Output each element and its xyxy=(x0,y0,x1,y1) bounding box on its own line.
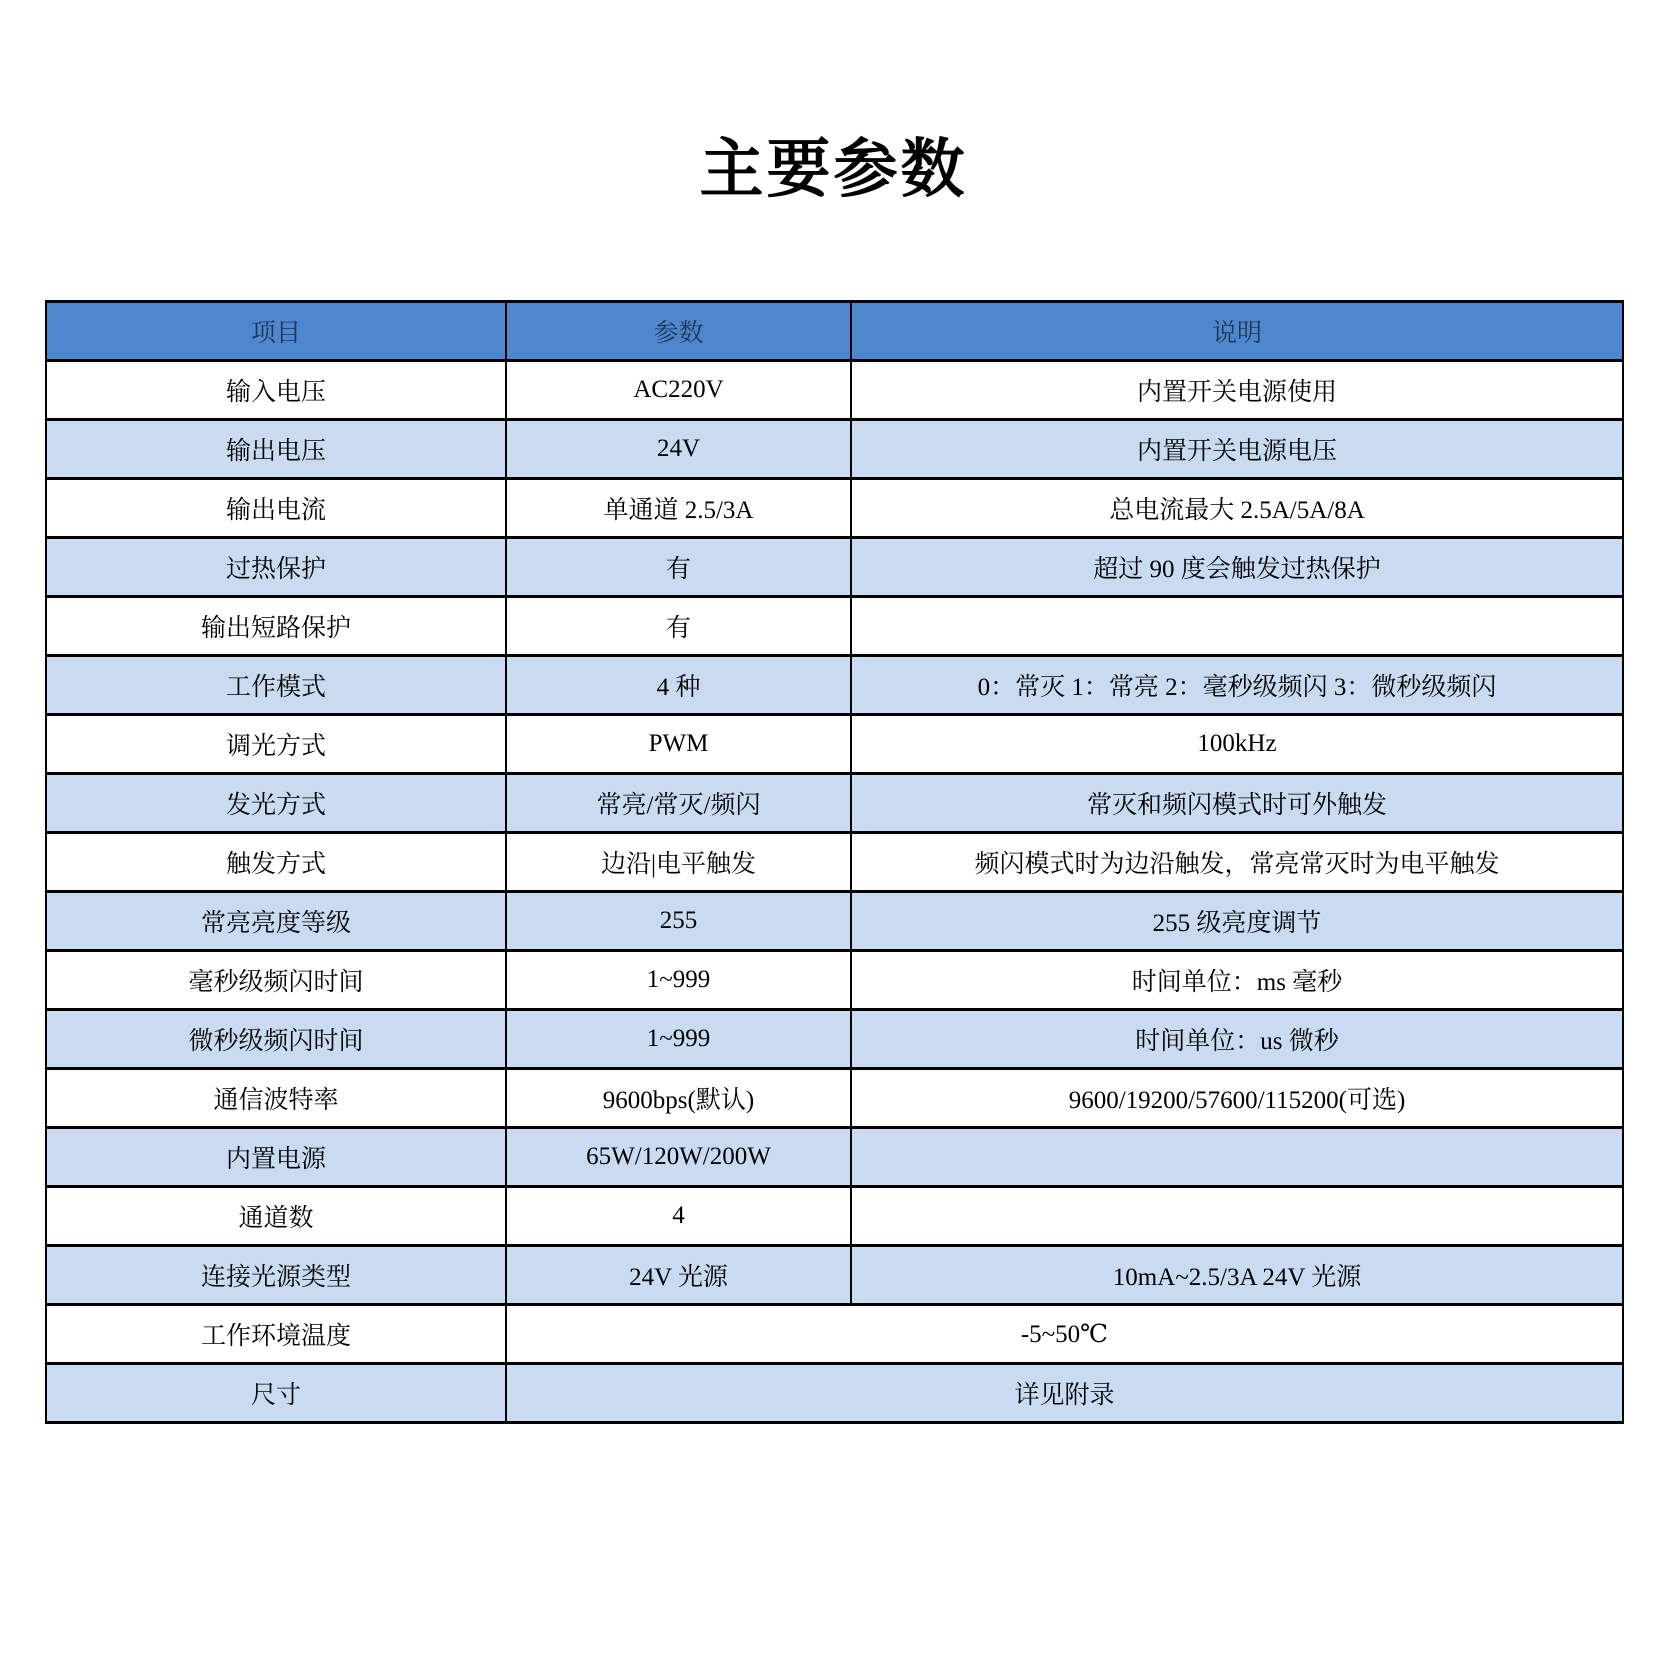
cell-merged-value: -5~50℃ xyxy=(506,1305,1623,1364)
cell-item: 常亮亮度等级 xyxy=(46,892,506,951)
cell-desc xyxy=(851,1128,1623,1187)
cell-desc: 总电流最大 2.5A/5A/8A xyxy=(851,479,1623,538)
cell-param: 255 xyxy=(506,892,851,951)
table-row: 输入电压AC220V内置开关电源使用 xyxy=(46,361,1623,420)
cell-item: 输出电压 xyxy=(46,420,506,479)
cell-desc: 9600/19200/57600/115200(可选) xyxy=(851,1069,1623,1128)
cell-desc: 100kHz xyxy=(851,715,1623,774)
table-row: 输出电流单通道 2.5/3A总电流最大 2.5A/5A/8A xyxy=(46,479,1623,538)
cell-desc: 时间单位：us 微秒 xyxy=(851,1010,1623,1069)
cell-item: 输入电压 xyxy=(46,361,506,420)
cell-param: PWM xyxy=(506,715,851,774)
cell-item: 发光方式 xyxy=(46,774,506,833)
cell-item: 输出电流 xyxy=(46,479,506,538)
cell-param: 24V 光源 xyxy=(506,1246,851,1305)
cell-param: 4 xyxy=(506,1187,851,1246)
cell-desc: 时间单位：ms 毫秒 xyxy=(851,951,1623,1010)
cell-item: 内置电源 xyxy=(46,1128,506,1187)
table-row: 工作模式4 种0：常灭 1：常亮 2：毫秒级频闪 3：微秒级频闪 xyxy=(46,656,1623,715)
table-row: 通信波特率9600bps(默认)9600/19200/57600/115200(… xyxy=(46,1069,1623,1128)
cell-item: 触发方式 xyxy=(46,833,506,892)
cell-desc: 0：常灭 1：常亮 2：毫秒级频闪 3：微秒级频闪 xyxy=(851,656,1623,715)
cell-merged-value: 详见附录 xyxy=(506,1364,1623,1423)
cell-param: 24V xyxy=(506,420,851,479)
table-row: 发光方式常亮/常灭/频闪常灭和频闪模式时可外触发 xyxy=(46,774,1623,833)
cell-param: 65W/120W/200W xyxy=(506,1128,851,1187)
table-row: 常亮亮度等级255255 级亮度调节 xyxy=(46,892,1623,951)
header-cell-desc: 说明 xyxy=(851,302,1623,361)
table-row: 毫秒级频闪时间1~999时间单位：ms 毫秒 xyxy=(46,951,1623,1010)
cell-param: 有 xyxy=(506,538,851,597)
table-row: 通道数4 xyxy=(46,1187,1623,1246)
cell-item: 工作模式 xyxy=(46,656,506,715)
cell-item: 毫秒级频闪时间 xyxy=(46,951,506,1010)
table-header-row: 项目 参数 说明 xyxy=(46,302,1623,361)
cell-param: AC220V xyxy=(506,361,851,420)
cell-item: 尺寸 xyxy=(46,1364,506,1423)
cell-item: 连接光源类型 xyxy=(46,1246,506,1305)
table-row: 工作环境温度-5~50℃ xyxy=(46,1305,1623,1364)
cell-desc: 255 级亮度调节 xyxy=(851,892,1623,951)
spec-table: 项目 参数 说明 输入电压AC220V内置开关电源使用输出电压24V内置开关电源… xyxy=(45,300,1624,1424)
cell-desc: 超过 90 度会触发过热保护 xyxy=(851,538,1623,597)
header-cell-param: 参数 xyxy=(506,302,851,361)
cell-param: 有 xyxy=(506,597,851,656)
table-row: 尺寸详见附录 xyxy=(46,1364,1623,1423)
page-title: 主要参数 xyxy=(0,118,1667,210)
table-row: 过热保护有超过 90 度会触发过热保护 xyxy=(46,538,1623,597)
table-row: 内置电源65W/120W/200W xyxy=(46,1128,1623,1187)
cell-param: 4 种 xyxy=(506,656,851,715)
cell-item: 工作环境温度 xyxy=(46,1305,506,1364)
cell-desc xyxy=(851,1187,1623,1246)
cell-item: 输出短路保护 xyxy=(46,597,506,656)
table-row: 调光方式PWM100kHz xyxy=(46,715,1623,774)
table-row: 微秒级频闪时间1~999时间单位：us 微秒 xyxy=(46,1010,1623,1069)
cell-item: 过热保护 xyxy=(46,538,506,597)
cell-item: 通信波特率 xyxy=(46,1069,506,1128)
cell-desc: 常灭和频闪模式时可外触发 xyxy=(851,774,1623,833)
cell-param: 常亮/常灭/频闪 xyxy=(506,774,851,833)
spec-table-body: 输入电压AC220V内置开关电源使用输出电压24V内置开关电源电压输出电流单通道… xyxy=(46,361,1623,1423)
table-row: 连接光源类型24V 光源10mA~2.5/3A 24V 光源 xyxy=(46,1246,1623,1305)
cell-param: 单通道 2.5/3A xyxy=(506,479,851,538)
cell-desc: 内置开关电源电压 xyxy=(851,420,1623,479)
cell-item: 通道数 xyxy=(46,1187,506,1246)
table-row: 输出短路保护有 xyxy=(46,597,1623,656)
cell-param: 9600bps(默认) xyxy=(506,1069,851,1128)
cell-desc: 10mA~2.5/3A 24V 光源 xyxy=(851,1246,1623,1305)
cell-param: 1~999 xyxy=(506,1010,851,1069)
cell-item: 微秒级频闪时间 xyxy=(46,1010,506,1069)
table-row: 输出电压24V内置开关电源电压 xyxy=(46,420,1623,479)
cell-desc: 频闪模式时为边沿触发，常亮常灭时为电平触发 xyxy=(851,833,1623,892)
cell-item: 调光方式 xyxy=(46,715,506,774)
cell-desc: 内置开关电源使用 xyxy=(851,361,1623,420)
table-row: 触发方式边沿|电平触发频闪模式时为边沿触发，常亮常灭时为电平触发 xyxy=(46,833,1623,892)
cell-param: 边沿|电平触发 xyxy=(506,833,851,892)
cell-desc xyxy=(851,597,1623,656)
header-cell-item: 项目 xyxy=(46,302,506,361)
cell-param: 1~999 xyxy=(506,951,851,1010)
